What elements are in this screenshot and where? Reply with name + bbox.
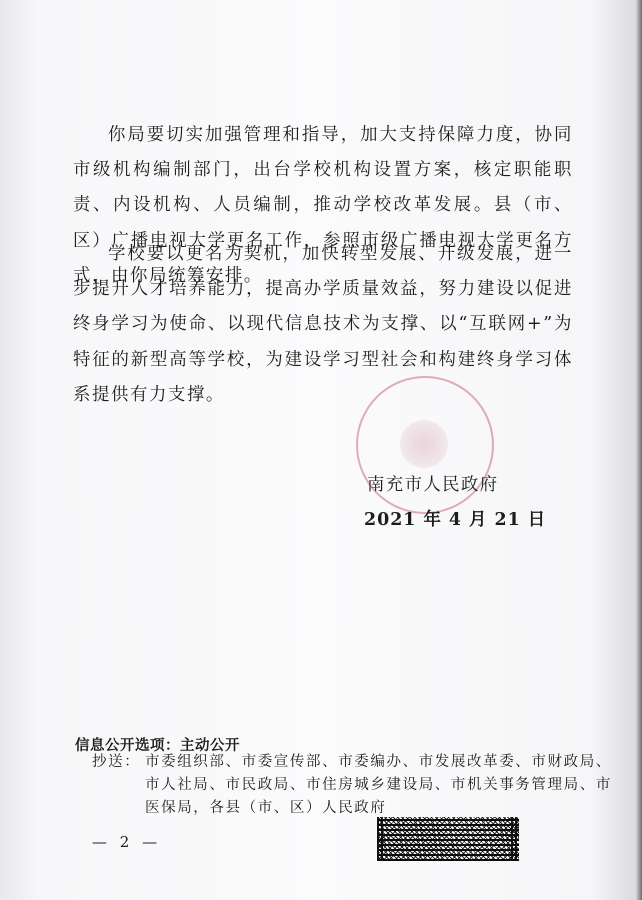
body-paragraph-2: 学校要以更名为契机，加快转型发展、升级发展，进一步提升人才培养能力，提高办学质量… bbox=[73, 237, 573, 413]
cc-recipients: 市委组织部、市委宣传部、市委编办、市发展改革委、市财政局、市人社局、市民政局、市… bbox=[145, 751, 615, 820]
seal-emblem-icon bbox=[400, 420, 448, 468]
page-number: — 2 — bbox=[92, 833, 161, 851]
pdf417-barcode-icon bbox=[377, 817, 519, 861]
document-page: 你局要切实加强管理和指导，加大支持保障力度，协同市级机构编制部门，出台学校机构设… bbox=[0, 0, 642, 900]
cc-label: 抄送： bbox=[92, 751, 140, 774]
issue-date: 2021 年 4 月 21 日 bbox=[364, 505, 546, 530]
issuer-signature: 南充市人民政府 bbox=[367, 470, 499, 495]
